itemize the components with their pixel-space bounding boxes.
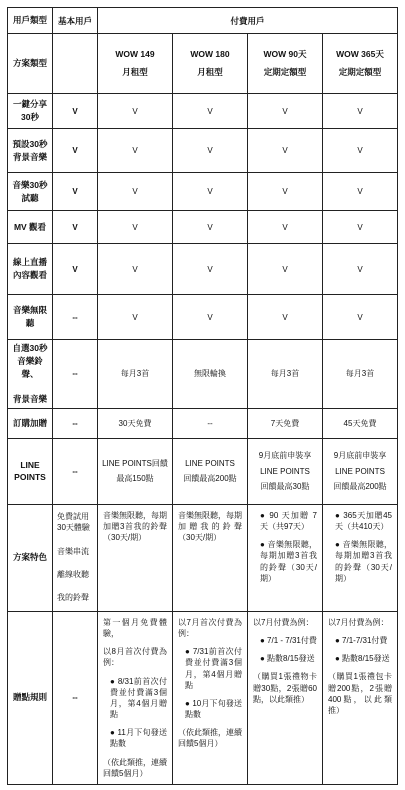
cell-linepoints-wow365: 9月底前申裝享 LINE POINTS 回饋最高200點 xyxy=(323,438,398,504)
cell-features-basic: 免費試用 30天體驗 音樂串流 離線收聽 我的鈴聲 xyxy=(53,504,98,611)
rule-paragraph: （依此類推，連續回饋5個月） xyxy=(103,757,167,779)
cell-share30-wow365: V xyxy=(323,94,398,129)
row-label-live: 線上直播 內容觀看 xyxy=(8,244,53,295)
cell-bgm30-wow180: V xyxy=(173,129,248,173)
row-label-ringtone: 自選30秒 音樂鈴 聲、 背景音樂 xyxy=(8,340,53,409)
cell-bgm30-wow365: V xyxy=(323,129,398,173)
cell-unlimited-wow149: V xyxy=(98,295,173,340)
cell-mv-wow180: V xyxy=(173,211,248,244)
cell-features-wow149: 音樂無限聽，每期加贈3首我的鈴聲（30天/期） xyxy=(98,504,173,611)
rule-paragraph: 第一個月免費體驗， xyxy=(103,617,167,639)
cell-live-wow149: V xyxy=(98,244,173,295)
feature-row-ringtone: 自選30秒 音樂鈴 聲、 背景音樂 -- 每月3首 無限輪換 每月3首 每月3首 xyxy=(8,340,398,409)
feature-row-linepoints: LINE POINTS -- LINE POINTS回饋 最高150點 LINE… xyxy=(8,438,398,504)
cell-share30-wow90: V xyxy=(248,94,323,129)
rule-paragraph: （依此類推，連續回饋5個月） xyxy=(178,727,242,749)
rule-paragraph: （購買1張禮物卡贈30點，2張贈60點，以此類推） xyxy=(253,671,317,705)
cell-mv-basic: V xyxy=(53,211,98,244)
cell-live-basic: V xyxy=(53,244,98,295)
feature-bullet-item: ● 90 天加贈 7 天（共97天） xyxy=(253,510,317,532)
cell-linepoints-wow149: LINE POINTS回饋 最高150點 xyxy=(98,438,173,504)
plan-header-wow365: WOW 365天 定期定額型 xyxy=(323,34,398,94)
rule-bullet-item: ● 8/31前首次付費並付費滿3個月，第4個月贈點 xyxy=(103,676,167,721)
cell-bonus-wow365: 45天免費 xyxy=(323,408,398,438)
cell-rules-wow365: 以7月付費為例： ● 7/1-7/31付費 ● 點數8/15發送 （購買1張禮包… xyxy=(323,611,398,784)
row-label-preview30: 音樂30秒 試聽 xyxy=(8,173,53,211)
cell-bonus-wow180: -- xyxy=(173,408,248,438)
cell-bonus-wow149: 30天免費 xyxy=(98,408,173,438)
row-label-unlimited: 音樂無限 聽 xyxy=(8,295,53,340)
feature-row-share30: 一鍵分享 30秒 V V V V V xyxy=(8,94,398,129)
col-header-paid-user: 付費用戶 xyxy=(98,8,398,34)
plan-comparison-table: 用戶類型 基本用戶 付費用戶 方案類型 WOW 149 月租型 WOW 180 … xyxy=(7,7,398,785)
cell-mv-wow149: V xyxy=(98,211,173,244)
cell-unlimited-wow180: V xyxy=(173,295,248,340)
cell-bonus-basic: -- xyxy=(53,408,98,438)
row-label-bonus: 訂購加贈 xyxy=(8,408,53,438)
rule-bullet-item: ● 11月下旬發送點數 xyxy=(103,727,167,749)
cell-share30-wow149: V xyxy=(98,94,173,129)
feature-row-plan-features: 方案特色 免費試用 30天體驗 音樂串流 離線收聽 我的鈴聲 音樂無限聽，每期加… xyxy=(8,504,398,611)
cell-rules-basic: -- xyxy=(53,611,98,784)
cell-share30-basic: V xyxy=(53,94,98,129)
plan-header-wow180: WOW 180 月租型 xyxy=(173,34,248,94)
rule-bullet-item: ● 7/31前首次付費並付費滿3個月，第4個月贈點 xyxy=(178,646,242,691)
row-label-user-type: 用戶類型 xyxy=(8,8,53,34)
row-label-linepoints: LINE POINTS xyxy=(8,438,53,504)
feature-row-bgm30: 預設30秒 背景音樂 V V V V V xyxy=(8,129,398,173)
cell-preview30-basic: V xyxy=(53,173,98,211)
feature-bullet-item: ● 365天加贈45天（共410天） xyxy=(328,510,392,532)
feature-row-unlimited: 音樂無限 聽 -- V V V V xyxy=(8,295,398,340)
cell-bgm30-basic: V xyxy=(53,129,98,173)
plan-header-wow149: WOW 149 月租型 xyxy=(98,34,173,94)
cell-share30-wow180: V xyxy=(173,94,248,129)
rule-paragraph: 以7月付費為例： xyxy=(328,617,392,628)
cell-preview30-wow365: V xyxy=(323,173,398,211)
feature-row-points-rules: 贈點規則 -- 第一個月免費體驗， 以8月首次付費為例： ● 8/31前首次付費… xyxy=(8,611,398,784)
cell-ringtone-wow90: 每月3首 xyxy=(248,340,323,409)
row-label-points-rules: 贈點規則 xyxy=(8,611,53,784)
cell-ringtone-wow180: 無限輪換 xyxy=(173,340,248,409)
empty-cell xyxy=(53,34,98,94)
cell-live-wow180: V xyxy=(173,244,248,295)
row-label-plan-features: 方案特色 xyxy=(8,504,53,611)
rule-bullet-item: ● 點數8/15發送 xyxy=(253,653,317,664)
rule-bullet-item: ● 10月下旬發送點數 xyxy=(178,698,242,720)
feature-bullet-item: ● 音樂無限聽，每期加贈3首我的鈴聲（30天/期） xyxy=(253,539,317,584)
cell-ringtone-basic: -- xyxy=(53,340,98,409)
cell-unlimited-wow365: V xyxy=(323,295,398,340)
cell-unlimited-basic: -- xyxy=(53,295,98,340)
rule-paragraph: （購買1張禮包卡贈200點，2張贈400點，以此類推） xyxy=(328,671,392,716)
cell-live-wow90: V xyxy=(248,244,323,295)
cell-preview30-wow90: V xyxy=(248,173,323,211)
cell-ringtone-wow149: 每月3首 xyxy=(98,340,173,409)
rule-paragraph: 以8月首次付費為例： xyxy=(103,646,167,668)
plan-header-wow90: WOW 90天 定期定額型 xyxy=(248,34,323,94)
row-label-bgm30: 預設30秒 背景音樂 xyxy=(8,129,53,173)
cell-linepoints-basic: -- xyxy=(53,438,98,504)
cell-preview30-wow180: V xyxy=(173,173,248,211)
cell-preview30-wow149: V xyxy=(98,173,173,211)
row-label-mv: MV 觀看 xyxy=(8,211,53,244)
cell-bgm30-wow149: V xyxy=(98,129,173,173)
cell-features-wow365: ● 365天加贈45天（共410天） ● 音樂無限聽，每期加贈3首我的鈴聲（30… xyxy=(323,504,398,611)
row-label-plan-type: 方案類型 xyxy=(8,34,53,94)
feature-row-live: 線上直播 內容觀看 V V V V V xyxy=(8,244,398,295)
rule-bullet-item: ● 7/1-7/31付費 xyxy=(328,635,392,646)
cell-unlimited-wow90: V xyxy=(248,295,323,340)
cell-features-wow90: ● 90 天加贈 7 天（共97天） ● 音樂無限聽，每期加贈3首我的鈴聲（30… xyxy=(248,504,323,611)
col-header-basic-user: 基本用戶 xyxy=(53,8,98,34)
rule-paragraph: 以7月付費為例： xyxy=(253,617,317,628)
cell-live-wow365: V xyxy=(323,244,398,295)
feature-bullet-item: ● 音樂無限聽，每期加贈3首我的鈴聲（30天/期） xyxy=(328,539,392,584)
feature-paragraph: 音樂無限聽，每期加贈3首我的鈴聲（30天/期） xyxy=(103,510,167,544)
feature-row-mv: MV 觀看 V V V V V xyxy=(8,211,398,244)
cell-ringtone-wow365: 每月3首 xyxy=(323,340,398,409)
feature-paragraph: 音樂無限聽，每期加贈我的鈴聲（30天/期） xyxy=(178,510,242,544)
rule-paragraph: 以7月首次付費為例： xyxy=(178,617,242,639)
cell-rules-wow180: 以7月首次付費為例： ● 7/31前首次付費並付費滿3個月，第4個月贈點 ● 1… xyxy=(173,611,248,784)
row-label-share30: 一鍵分享 30秒 xyxy=(8,94,53,129)
rule-bullet-item: ● 點數8/15發送 xyxy=(328,653,392,664)
cell-mv-wow365: V xyxy=(323,211,398,244)
rule-bullet-item: ● 7/1 - 7/31付費 xyxy=(253,635,317,646)
feature-row-preview30: 音樂30秒 試聽 V V V V V xyxy=(8,173,398,211)
cell-rules-wow149: 第一個月免費體驗， 以8月首次付費為例： ● 8/31前首次付費並付費滿3個月，… xyxy=(98,611,173,784)
cell-rules-wow90: 以7月付費為例： ● 7/1 - 7/31付費 ● 點數8/15發送 （購買1張… xyxy=(248,611,323,784)
cell-bonus-wow90: 7天免費 xyxy=(248,408,323,438)
cell-linepoints-wow90: 9月底前申裝享 LINE POINTS 回饋最高30點 xyxy=(248,438,323,504)
header-row-plan-type: 方案類型 WOW 149 月租型 WOW 180 月租型 WOW 90天 定期定… xyxy=(8,34,398,94)
cell-mv-wow90: V xyxy=(248,211,323,244)
header-row-user-type: 用戶類型 基本用戶 付費用戶 xyxy=(8,8,398,34)
cell-linepoints-wow180: LINE POINTS 回饋最高200點 xyxy=(173,438,248,504)
feature-row-bonus: 訂購加贈 -- 30天免費 -- 7天免費 45天免費 xyxy=(8,408,398,438)
cell-bgm30-wow90: V xyxy=(248,129,323,173)
cell-features-wow180: 音樂無限聽，每期加贈我的鈴聲（30天/期） xyxy=(173,504,248,611)
